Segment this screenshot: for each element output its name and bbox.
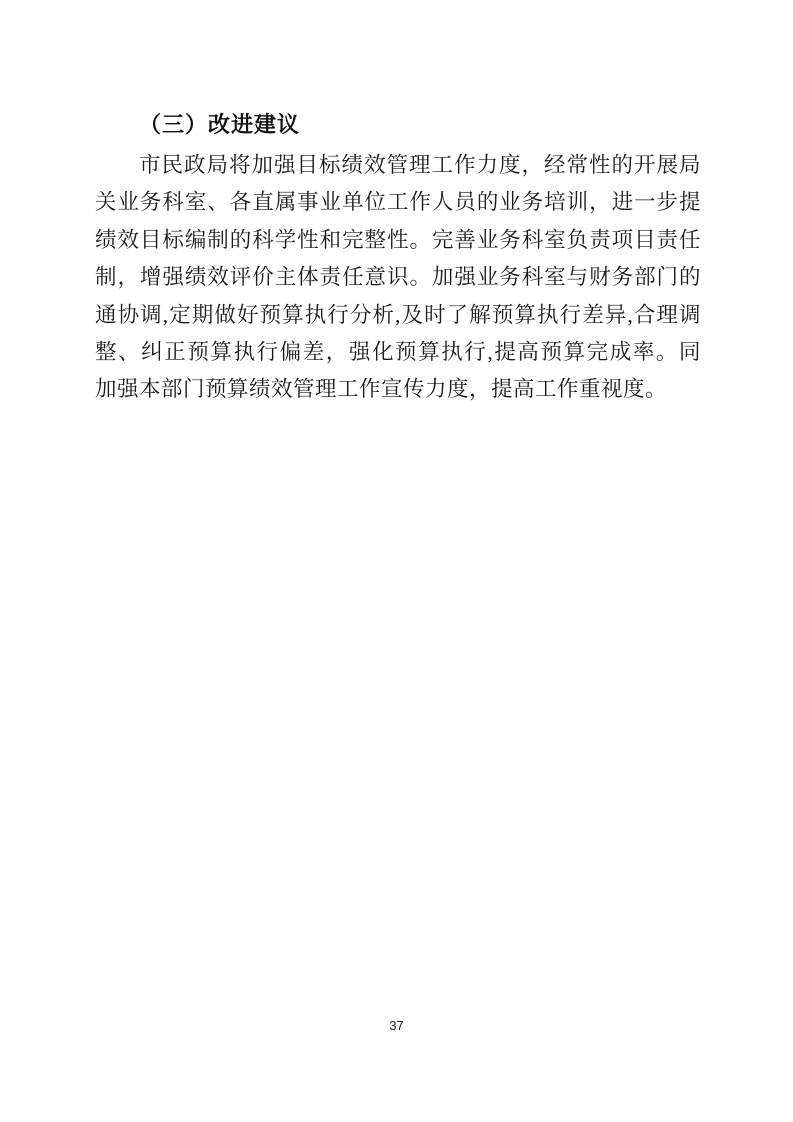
- paragraph-line: 整、纠正预算执行偏差，强化预算执行,提高预算完成率。同时，: [95, 334, 701, 371]
- page-number: 37: [0, 1018, 793, 1033]
- paragraph-line: 加强本部门预算绩效管理工作宣传力度，提高工作重视度。: [95, 371, 701, 408]
- section-heading: （三）改进建议: [139, 104, 701, 146]
- paragraph-line: 通协调,定期做好预算执行分析,及时了解预算执行差异,合理调: [95, 297, 701, 334]
- paragraph-line: 绩效目标编制的科学性和完整性。完善业务科室负责项目责任: [95, 222, 701, 259]
- document-page: （三）改进建议 市民政局将加强目标绩效管理工作力度，经常性的开展局机 关业务科室…: [0, 0, 793, 1122]
- paragraph-line: 市民政局将加强目标绩效管理工作力度，经常性的开展局机: [95, 147, 701, 184]
- page-content: （三）改进建议 市民政局将加强目标绩效管理工作力度，经常性的开展局机 关业务科室…: [95, 104, 701, 409]
- paragraph-line: 制，增强绩效评价主体责任意识。加强业务科室与财务部门的沟: [95, 259, 701, 296]
- body-paragraph: 市民政局将加强目标绩效管理工作力度，经常性的开展局机 关业务科室、各直属事业单位…: [95, 147, 701, 409]
- paragraph-line: 关业务科室、各直属事业单位工作人员的业务培训，进一步提升: [95, 184, 701, 221]
